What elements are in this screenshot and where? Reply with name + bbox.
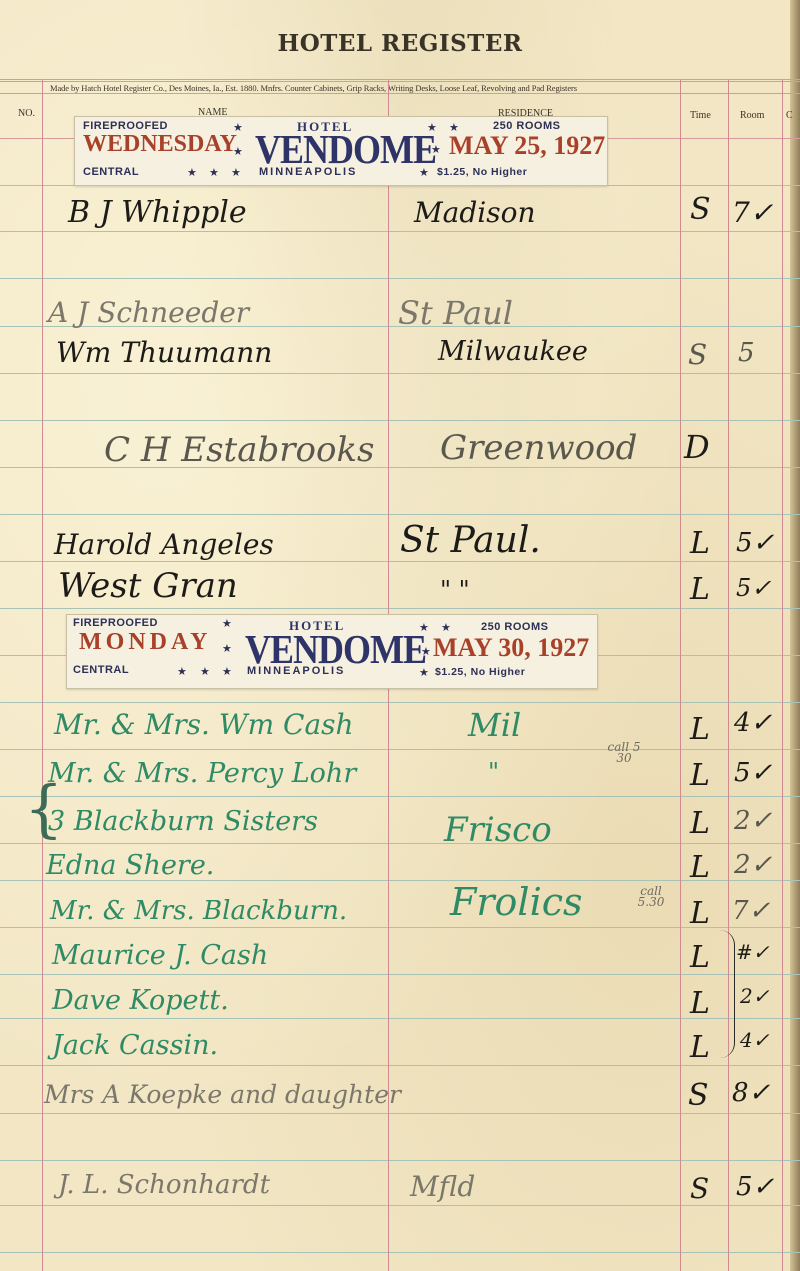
stamp-fireproofed: FIREPROOFED [73,617,158,629]
time-mark: L [690,986,710,1021]
group-brace: { [24,772,63,845]
time-mark: L [690,758,710,793]
stamp-central: CENTRAL [83,166,139,178]
guest-residence: Milwaukee [438,336,588,367]
guest-residence: Mfld [410,1170,475,1203]
room-number: 4✓ [734,708,772,738]
star-icon: ★ [419,166,429,179]
page-title: HOTEL REGISTER [0,30,800,57]
date-stamp-wednesday: FIREPROOFED WEDNESDAY CENTRAL ★ ★ ★ ★ ★ … [74,116,608,186]
star-icon: ★ [419,666,429,679]
column-header-room: Room [740,110,764,121]
time-mark: L [690,806,710,841]
room-number: 2✓ [734,806,772,836]
room-number: 5✓ [736,1172,774,1202]
guest-name: Jack Cassin. [52,1030,218,1061]
stamp-city: MINNEAPOLIS [247,665,345,677]
guest-residence: Mil [468,706,521,744]
star-icon: ★ [209,166,219,179]
time-mark: L [690,712,710,747]
guest-residence: Greenwood [440,428,637,468]
guest-name: B J Whipple [68,195,247,230]
room-number: #✓ [736,940,770,964]
date-stamp-monday: FIREPROOFED MONDAY CENTRAL ★ ★ ★ ★ ★ HOT… [66,614,598,689]
guest-residence: St Paul [398,294,513,332]
guest-residence: " [488,758,499,786]
stamp-day: MONDAY [79,629,211,656]
star-icon: ★ [222,617,232,630]
guest-residence: " " [440,576,470,604]
time-mark: L [690,526,710,561]
column-header-no: NO. [18,108,35,119]
star-icon: ★ [187,166,197,179]
guest-name: West Gran [58,566,238,606]
publisher-line: Made by Hatch Hotel Register Co., Des Mo… [50,83,577,93]
guest-name: A J Schneeder [48,296,249,329]
time-mark: S [688,1078,709,1113]
column-rule-no [42,80,43,1271]
guest-name: Edna Shere. [46,850,214,881]
guest-name: Dave Kopett. [52,985,229,1016]
room-number: 7✓ [732,196,773,229]
star-icon: ★ [427,121,437,134]
guest-name: Maurice J. Cash [52,940,268,971]
stamp-day: WEDNESDAY [83,131,237,158]
book-binding-edge [790,0,800,1271]
star-icon: ★ [231,166,241,179]
star-icon: ★ [200,665,210,678]
room-number: 2✓ [734,850,772,880]
guest-name: J. L. Schonhardt [58,1170,270,1200]
time-mark: S [688,338,707,371]
column-rule-cut [782,80,783,1271]
guest-name: C H Estabrooks [104,430,375,470]
guest-residence: Frolics [450,880,583,924]
guest-name: Mr. & Mrs. Wm Cash [54,708,354,741]
guest-name: 3 Blackburn Sisters [48,806,318,837]
time-mark: L [690,572,710,607]
margin-note-call: call 5 30 [604,742,644,764]
star-icon: ★ [233,145,243,158]
star-icon: ★ [419,621,429,634]
guest-residence: Madison [414,196,536,229]
column-rule-room [728,80,729,1271]
guest-name: Wm Thuumann [56,336,272,369]
room-number: 8✓ [732,1078,770,1108]
time-mark: L [690,940,710,975]
guest-name: Mrs A Koepke and daughter [44,1080,401,1109]
stamp-date: MAY 30, 1927 [433,633,589,663]
stamp-date: MAY 25, 1927 [449,131,605,161]
guest-name: Mr. & Mrs. Blackburn. [50,896,347,926]
stamp-rate: $1.25, No Higher [435,666,525,678]
room-number: 5 [738,338,755,368]
time-mark: L [690,896,710,931]
stamp-rooms: 250 ROOMS [481,621,548,633]
time-mark: S [690,192,711,227]
star-icon: ★ [222,642,232,655]
star-icon: ★ [222,665,232,678]
stamp-central: CENTRAL [73,664,129,676]
guest-name: Harold Angeles [54,528,274,561]
room-number: 5✓ [736,574,771,602]
room-number: 2✓ [740,984,769,1008]
margin-note-call: call 5.30 [630,886,672,908]
stamp-rate: $1.25, No Higher [437,166,527,178]
guest-residence: St Paul. [400,520,541,561]
column-header-time: Time [690,110,711,121]
time-mark: D [684,428,710,466]
star-icon: ★ [177,665,187,678]
guest-residence: Frisco [444,810,552,850]
star-icon: ★ [421,645,431,658]
star-icon: ★ [431,143,441,156]
room-number: 5✓ [736,528,774,558]
room-number: 7✓ [732,896,770,926]
column-rule-time [680,80,681,1271]
star-icon: ★ [233,121,243,134]
time-mark: L [690,1030,710,1065]
column-header-cut: C [786,110,793,121]
room-number: 4✓ [740,1028,769,1052]
time-mark: S [690,1172,709,1205]
stamp-city: MINNEAPOLIS [259,166,357,178]
room-number: 5✓ [734,758,772,788]
room-group-bracket [720,930,735,1058]
guest-name: Mr. & Mrs. Percy Lohr [48,758,356,789]
time-mark: L [690,850,710,885]
